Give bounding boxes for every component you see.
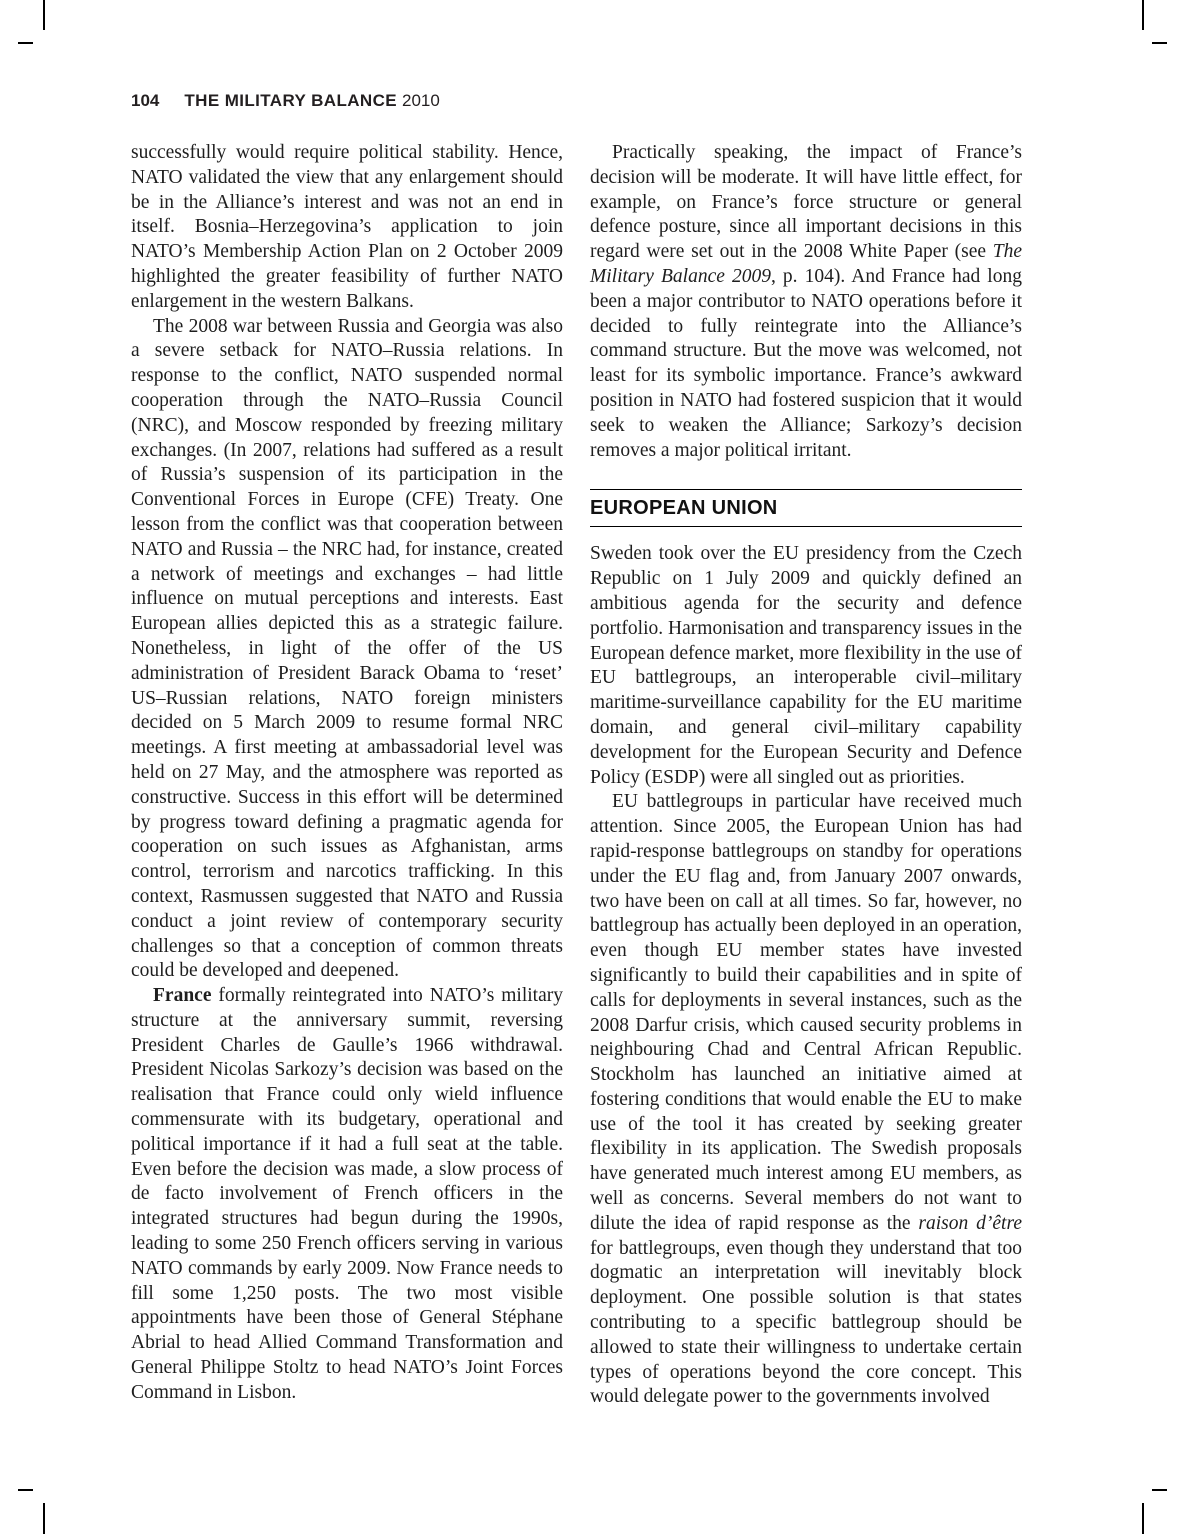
left-column: successfully would require political sta… xyxy=(131,141,563,1410)
paragraph: The 2008 war between Russia and Georgia … xyxy=(131,315,563,985)
paragraph: Practically speaking, the impact of Fran… xyxy=(590,141,1022,463)
crop-mark-icon xyxy=(43,1503,45,1534)
crop-mark-icon xyxy=(18,42,33,44)
crop-mark-icon xyxy=(1142,1503,1144,1534)
crop-mark-icon xyxy=(43,0,45,30)
book-title: THE MILITARY BALANCE xyxy=(184,91,397,110)
text-columns: successfully would require political sta… xyxy=(131,141,1022,1410)
page-number: 104 xyxy=(131,91,159,110)
book-page: 104THE MILITARY BALANCE2010 successfully… xyxy=(0,0,1186,1534)
crop-mark-icon xyxy=(1142,0,1144,30)
edition-year: 2010 xyxy=(402,91,440,110)
paragraph-continuation: successfully would require political sta… xyxy=(131,141,563,315)
crop-mark-icon xyxy=(1152,1489,1167,1491)
crop-mark-icon xyxy=(18,1489,33,1491)
paragraph: EU battlegroups in particular have recei… xyxy=(590,790,1022,1410)
section-heading: EUROPEAN UNION xyxy=(590,489,1022,527)
crop-mark-icon xyxy=(1152,42,1167,44)
right-column: Practically speaking, the impact of Fran… xyxy=(590,141,1022,1410)
paragraph: France formally reintegrated into NATO’s… xyxy=(131,984,563,1406)
page-header: 104THE MILITARY BALANCE2010 xyxy=(131,91,440,111)
paragraph: Sweden took over the EU presidency from … xyxy=(590,542,1022,790)
